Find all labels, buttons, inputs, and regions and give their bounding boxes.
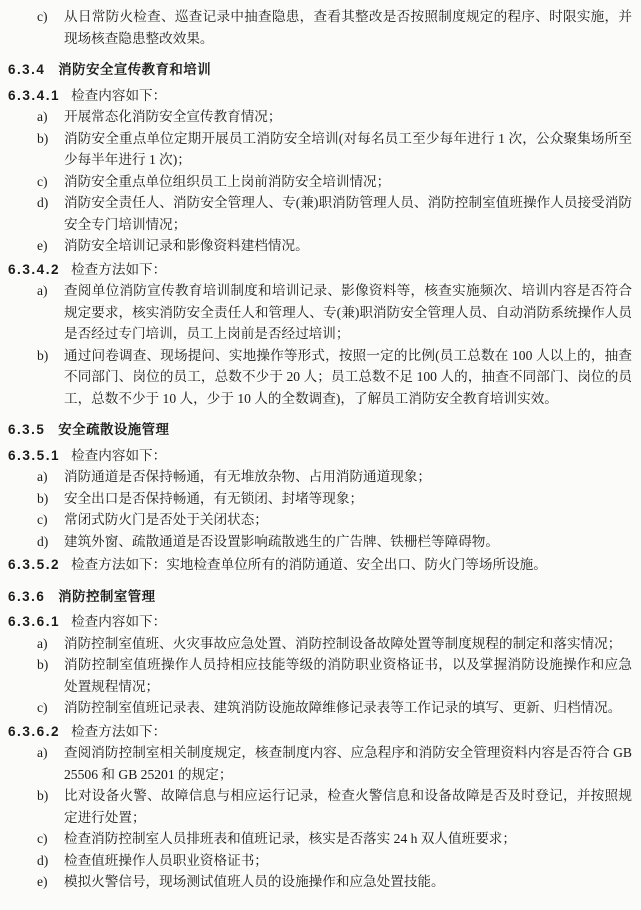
list-item-text: 消防安全责任人、消防安全管理人、专(兼)职消防管理人员、消防控制室值班操作人员接… <box>64 192 632 235</box>
list-item-text: 消防安全培训记录和影像资料建档情况。 <box>64 235 632 257</box>
list-item: e) 模拟火警信号，现场测试值班人员的设施操作和应急处置技能。 <box>37 871 632 893</box>
list-item-label: a) <box>37 106 64 128</box>
list-item-label: e) <box>37 235 64 257</box>
list-item-text: 通过问卷调查、现场提问、实地操作等形式，按照一定的比例(员工总数在 100 人以… <box>64 345 632 410</box>
section-number: 6.3.6 <box>8 589 45 604</box>
list-item-label: c) <box>37 697 64 719</box>
clause-number: 6.3.4.1 <box>8 88 60 103</box>
list-item-label: b) <box>37 654 64 697</box>
clause-6-3-4-2: 6.3.4.2检查方法如下： <box>8 259 632 281</box>
list-item-text: 比对设备火警、故障信息与相应运行记录，检查火警信息和设备故障是否及时登记，并按照… <box>64 785 632 828</box>
list-item-text: 消防通道是否保持畅通，有无堆放杂物、占用消防通道现象； <box>64 466 632 488</box>
list-item: c) 消防安全重点单位组织员工上岗前消防安全培训情况； <box>37 171 632 193</box>
list-item-label: a) <box>37 466 64 488</box>
list-item-text: 从日常防火检查、巡查记录中抽查隐患，查看其整改是否按照制度规定的程序、时限实施，… <box>64 6 632 49</box>
list-item: b) 比对设备火警、故障信息与相应运行记录，检查火警信息和设备故障是否及时登记，… <box>37 785 632 828</box>
section-title: 安全疏散设施管理 <box>58 422 169 437</box>
list-item-label: c) <box>37 171 64 193</box>
clause-6-3-4-1: 6.3.4.1检查内容如下： <box>8 85 632 107</box>
list-item: a) 消防通道是否保持畅通，有无堆放杂物、占用消防通道现象； <box>37 466 632 488</box>
clause-6-3-5-1: 6.3.5.1检查内容如下： <box>8 445 632 467</box>
list-item-text: 检查消防控制室人员排班表和值班记录，核实是否落实 24 h 双人值班要求； <box>64 828 632 850</box>
list-item-text: 查阅消防控制室相关制度规定，核查制度内容、应急程序和消防安全管理资料内容是否符合… <box>64 742 632 785</box>
list-item-text: 消防控制室值班记录表、建筑消防设施故障维修记录表等工作记录的填写、更新、归档情况… <box>64 697 632 719</box>
list-item-text: 建筑外窗、疏散通道是否设置影响疏散逃生的广告牌、铁栅栏等障碍物。 <box>64 531 632 553</box>
clause-6-3-5-2: 6.3.5.2检查方法如下：实地检查单位所有的消防通道、安全出口、防火门等场所设… <box>8 554 632 576</box>
clause-number: 6.3.4.2 <box>8 262 60 277</box>
section-number: 6.3.5 <box>8 422 45 437</box>
list-item: c) 检查消防控制室人员排班表和值班记录，核实是否落实 24 h 双人值班要求； <box>37 828 632 850</box>
list-item-label: d) <box>37 850 64 872</box>
list-item-label: b) <box>37 785 64 828</box>
clause-number: 6.3.5.2 <box>8 557 60 572</box>
list-item: b) 消防安全重点单位定期开展员工消防安全培训(对每名员工至少每年进行 1 次，… <box>37 128 632 171</box>
clause-text: 检查方法如下：实地检查单位所有的消防通道、安全出口、防火门等场所设施。 <box>71 557 547 572</box>
list-item-text: 常闭式防火门是否处于关闭状态； <box>64 509 632 531</box>
list-item: c) 消防控制室值班记录表、建筑消防设施故障维修记录表等工作记录的填写、更新、归… <box>37 697 632 719</box>
clause-text: 检查内容如下： <box>71 448 166 463</box>
list-item: c) 从日常防火检查、巡查记录中抽查隐患，查看其整改是否按照制度规定的程序、时限… <box>37 6 632 49</box>
list-item: a) 开展常态化消防安全宣传教育情况； <box>37 106 632 128</box>
clause-6-3-6-1: 6.3.6.1检查内容如下： <box>8 611 632 633</box>
list-item: a) 查阅消防控制室相关制度规定，核查制度内容、应急程序和消防安全管理资料内容是… <box>37 742 632 785</box>
clause-number: 6.3.6.1 <box>8 614 60 629</box>
list-item: b) 消防控制室值班操作人员持相应技能等级的消防职业资格证书，以及掌握消防设施操… <box>37 654 632 697</box>
document-page: c) 从日常防火检查、巡查记录中抽查隐患，查看其整改是否按照制度规定的程序、时限… <box>0 0 641 910</box>
list-item-label: a) <box>37 280 64 345</box>
list-item-text: 消防控制室值班、火灾事故应急处置、消防控制设备故障处置等制度规程的制定和落实情况… <box>64 633 632 655</box>
list-item-label: a) <box>37 742 64 785</box>
list-item: d) 检查值班操作人员职业资格证书； <box>37 850 632 872</box>
clause-text: 检查方法如下： <box>71 724 166 739</box>
list-item-label: b) <box>37 345 64 410</box>
list-item-text: 消防安全重点单位组织员工上岗前消防安全培训情况； <box>64 171 632 193</box>
clause-number: 6.3.5.1 <box>8 448 60 463</box>
list-item-text: 消防控制室值班操作人员持相应技能等级的消防职业资格证书，以及掌握消防设施操作和应… <box>64 654 632 697</box>
list-item-label: b) <box>37 128 64 171</box>
section-heading-6-3-4: 6.3.4消防安全宣传教育和培训 <box>8 59 632 81</box>
clause-text: 检查内容如下： <box>71 88 166 103</box>
list-item-label: e) <box>37 871 64 893</box>
list-item-label: d) <box>37 192 64 235</box>
list-item: b) 安全出口是否保持畅通，有无锁闭、封堵等现象； <box>37 488 632 510</box>
list-item-label: c) <box>37 509 64 531</box>
list-item-label: d) <box>37 531 64 553</box>
list-item: e) 消防安全培训记录和影像资料建档情况。 <box>37 235 632 257</box>
list-item: a) 查阅单位消防宣传教育培训制度和培训记录、影像资料等，核查实施频次、培训内容… <box>37 280 632 345</box>
list-item: b) 通过问卷调查、现场提问、实地操作等形式，按照一定的比例(员工总数在 100… <box>37 345 632 410</box>
list-item-text: 查阅单位消防宣传教育培训制度和培训记录、影像资料等，核查实施频次、培训内容是否符… <box>64 280 632 345</box>
section-title: 消防控制室管理 <box>58 589 155 604</box>
list-item-text: 消防安全重点单位定期开展员工消防安全培训(对每名员工至少每年进行 1 次，公众聚… <box>64 128 632 171</box>
section-title: 消防安全宣传教育和培训 <box>58 62 211 77</box>
list-item-label: a) <box>37 633 64 655</box>
clause-text: 检查方法如下： <box>71 262 166 277</box>
list-item: a) 消防控制室值班、火灾事故应急处置、消防控制设备故障处置等制度规程的制定和落… <box>37 633 632 655</box>
list-item: d) 消防安全责任人、消防安全管理人、专(兼)职消防管理人员、消防控制室值班操作… <box>37 192 632 235</box>
list-item-text: 检查值班操作人员职业资格证书； <box>64 850 632 872</box>
clause-number: 6.3.6.2 <box>8 724 60 739</box>
list-item-label: b) <box>37 488 64 510</box>
list-item-text: 安全出口是否保持畅通，有无锁闭、封堵等现象； <box>64 488 632 510</box>
list-item-text: 开展常态化消防安全宣传教育情况； <box>64 106 632 128</box>
list-item: d) 建筑外窗、疏散通道是否设置影响疏散逃生的广告牌、铁栅栏等障碍物。 <box>37 531 632 553</box>
section-number: 6.3.4 <box>8 62 45 77</box>
clause-6-3-6-2: 6.3.6.2检查方法如下： <box>8 721 632 743</box>
list-item-text: 模拟火警信号，现场测试值班人员的设施操作和应急处置技能。 <box>64 871 632 893</box>
list-item-label: c) <box>37 828 64 850</box>
section-heading-6-3-5: 6.3.5安全疏散设施管理 <box>8 419 632 441</box>
list-item-label: c) <box>37 6 64 49</box>
section-heading-6-3-6: 6.3.6消防控制室管理 <box>8 586 632 608</box>
clause-text: 检查内容如下： <box>71 614 166 629</box>
list-item: c) 常闭式防火门是否处于关闭状态； <box>37 509 632 531</box>
